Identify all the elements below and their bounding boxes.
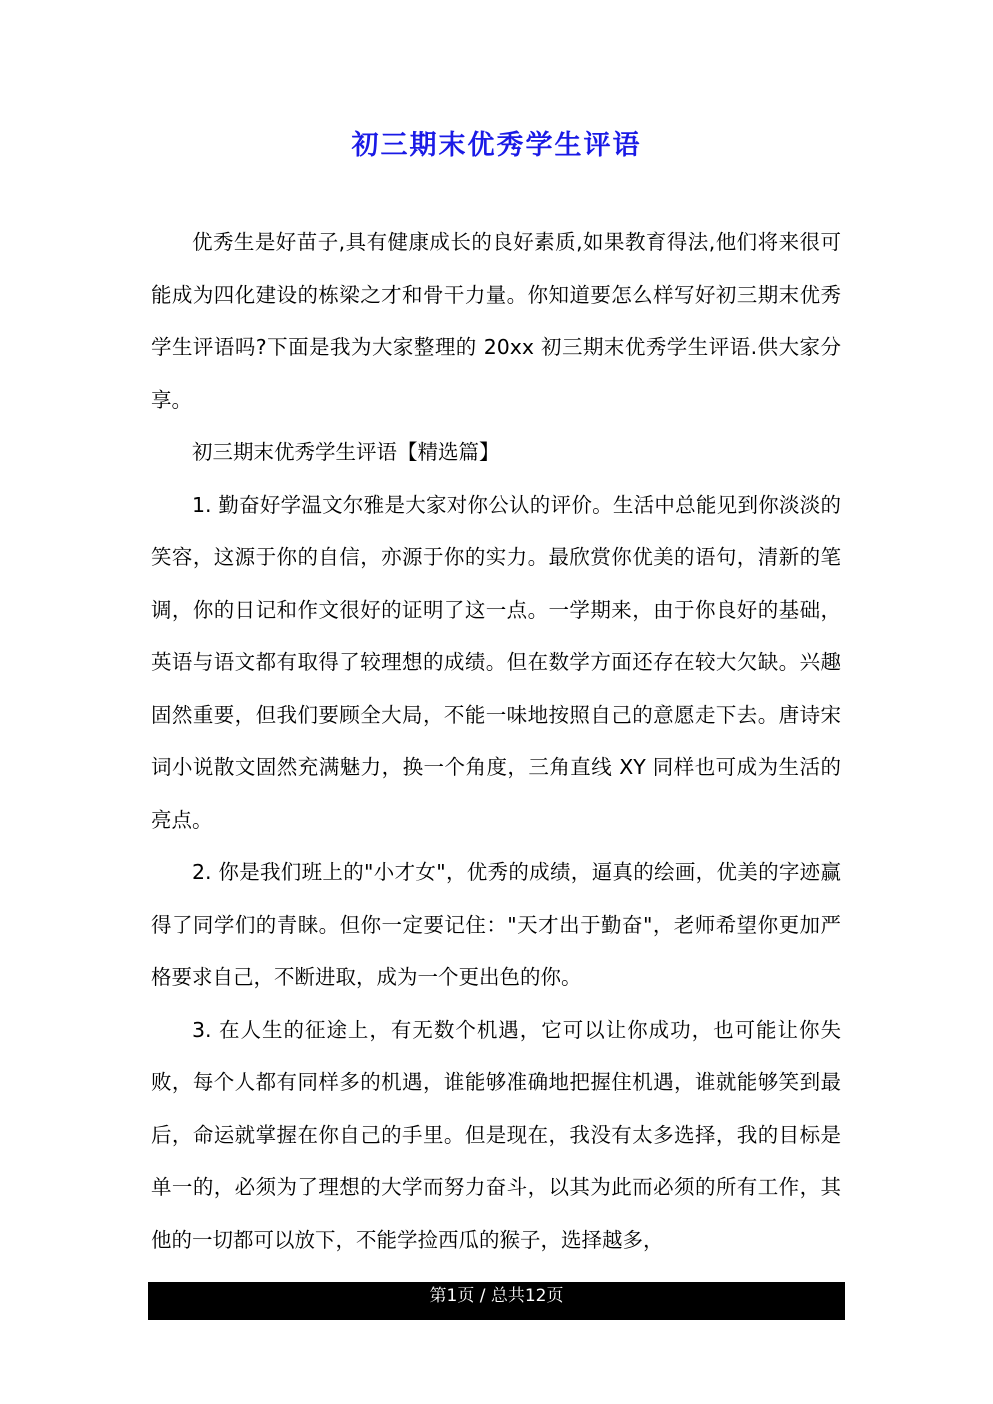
comment-paragraph-2: 2. 你是我们班上的"小才女"，优秀的成绩，逼真的绘画，优美的字迹赢得了同学们的… [151,846,841,1004]
page-footer: 第1页 / 总共12页 [148,1282,845,1320]
document-page: 初三期末优秀学生评语 优秀生是好苗子,具有健康成长的良好素质,如果教育得法,他们… [0,0,993,1404]
page-indicator: 第1页 / 总共12页 [430,1286,564,1306]
section-heading: 初三期末优秀学生评语【精选篇】 [151,426,841,479]
document-body: 优秀生是好苗子,具有健康成长的良好素质,如果教育得法,他们将来很可能成为四化建设… [151,216,841,1266]
comment-paragraph-3: 3. 在人生的征途上，有无数个机遇，它可以让你成功，也可能让你失败，每个人都有同… [151,1004,841,1267]
document-title: 初三期末优秀学生评语 [0,126,993,166]
intro-paragraph: 优秀生是好苗子,具有健康成长的良好素质,如果教育得法,他们将来很可能成为四化建设… [151,216,841,426]
comment-paragraph-1: 1. 勤奋好学温文尔雅是大家对你公认的评价。生活中总能见到你淡淡的笑容，这源于你… [151,479,841,847]
